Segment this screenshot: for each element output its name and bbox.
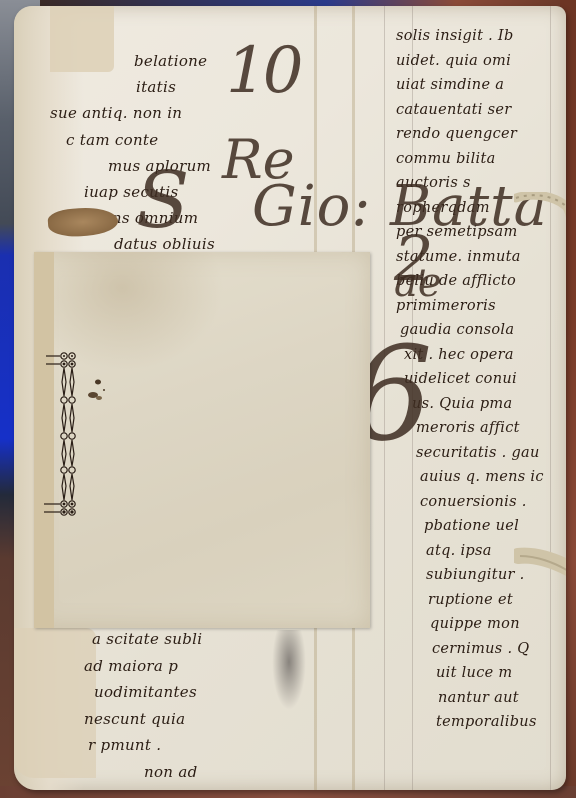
text-line: conuersionis . xyxy=(396,490,544,515)
text-line: uidet. quia omi xyxy=(396,49,544,74)
leather-tie-bottom-icon xyxy=(514,546,566,616)
text-line: uiat simdine a xyxy=(396,73,544,98)
text-line: c tam conte xyxy=(44,127,215,153)
text-line: uodimitantes xyxy=(84,679,202,706)
text-line: rendo quengcer xyxy=(396,122,544,147)
text-line: sue antiq. non in xyxy=(44,100,215,126)
ruling-line xyxy=(550,6,551,790)
chain-border-ornament-icon xyxy=(44,352,78,520)
manuscript-text-bottom-column: a scitate subli ad maiora p uodimitantes… xyxy=(84,626,202,785)
text-line: non ad xyxy=(84,759,202,786)
text-line: pbatione uel xyxy=(396,514,544,539)
shelfmark-number: 10 xyxy=(226,34,299,108)
paper-label-slip xyxy=(34,252,370,628)
ink-smudge xyxy=(272,630,306,710)
text-line: a scitate subli xyxy=(84,626,202,653)
text-line: itatis xyxy=(44,74,215,100)
text-line: ad maiora p xyxy=(84,653,202,680)
leather-tie-top-icon xyxy=(514,192,566,392)
text-line: solis insigit . Ib xyxy=(396,24,544,49)
ae-inscription: ae xyxy=(394,260,442,306)
ink-blot-icon xyxy=(86,378,108,404)
text-line: uit luce m xyxy=(396,661,544,686)
text-line: r pmunt . xyxy=(84,732,202,759)
text-line: commu bilita xyxy=(396,147,544,172)
water-stain xyxy=(54,252,224,372)
text-line: nescunt quia xyxy=(84,706,202,733)
text-line: cernimus . Q xyxy=(396,637,544,662)
text-line: belatione xyxy=(44,48,215,74)
text-line: catauentati ser xyxy=(396,98,544,123)
parchment-book-cover: belatione itatis sue antiq. non in c tam… xyxy=(14,6,566,790)
text-line: temporalibus xyxy=(396,710,544,735)
signature-letter-s: S xyxy=(136,156,189,246)
text-line: nantur aut xyxy=(396,686,544,711)
